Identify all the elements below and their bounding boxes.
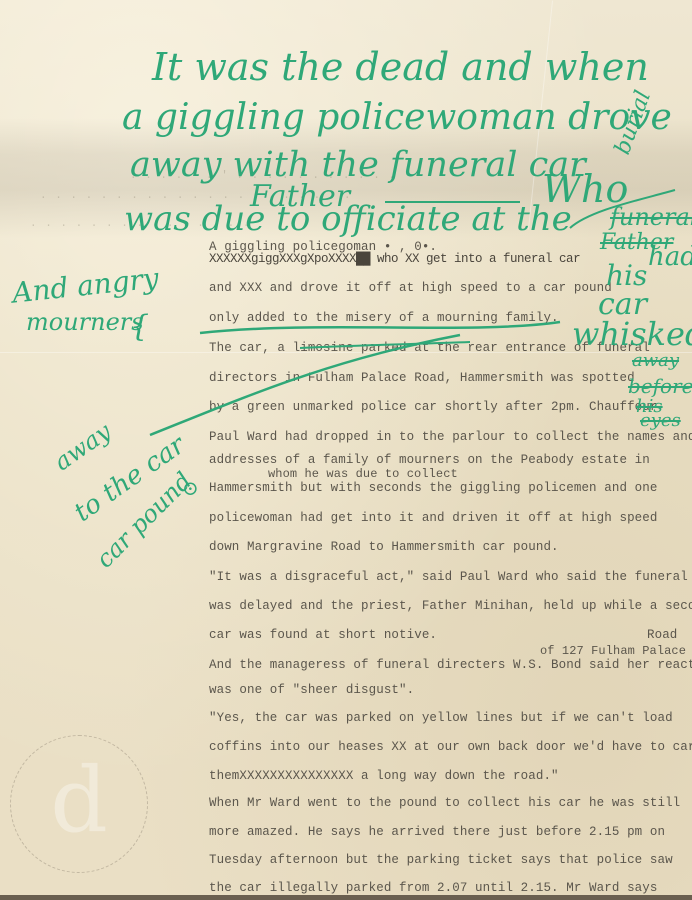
page-bottom-edge [0, 895, 692, 900]
ink-strokes [0, 0, 692, 900]
